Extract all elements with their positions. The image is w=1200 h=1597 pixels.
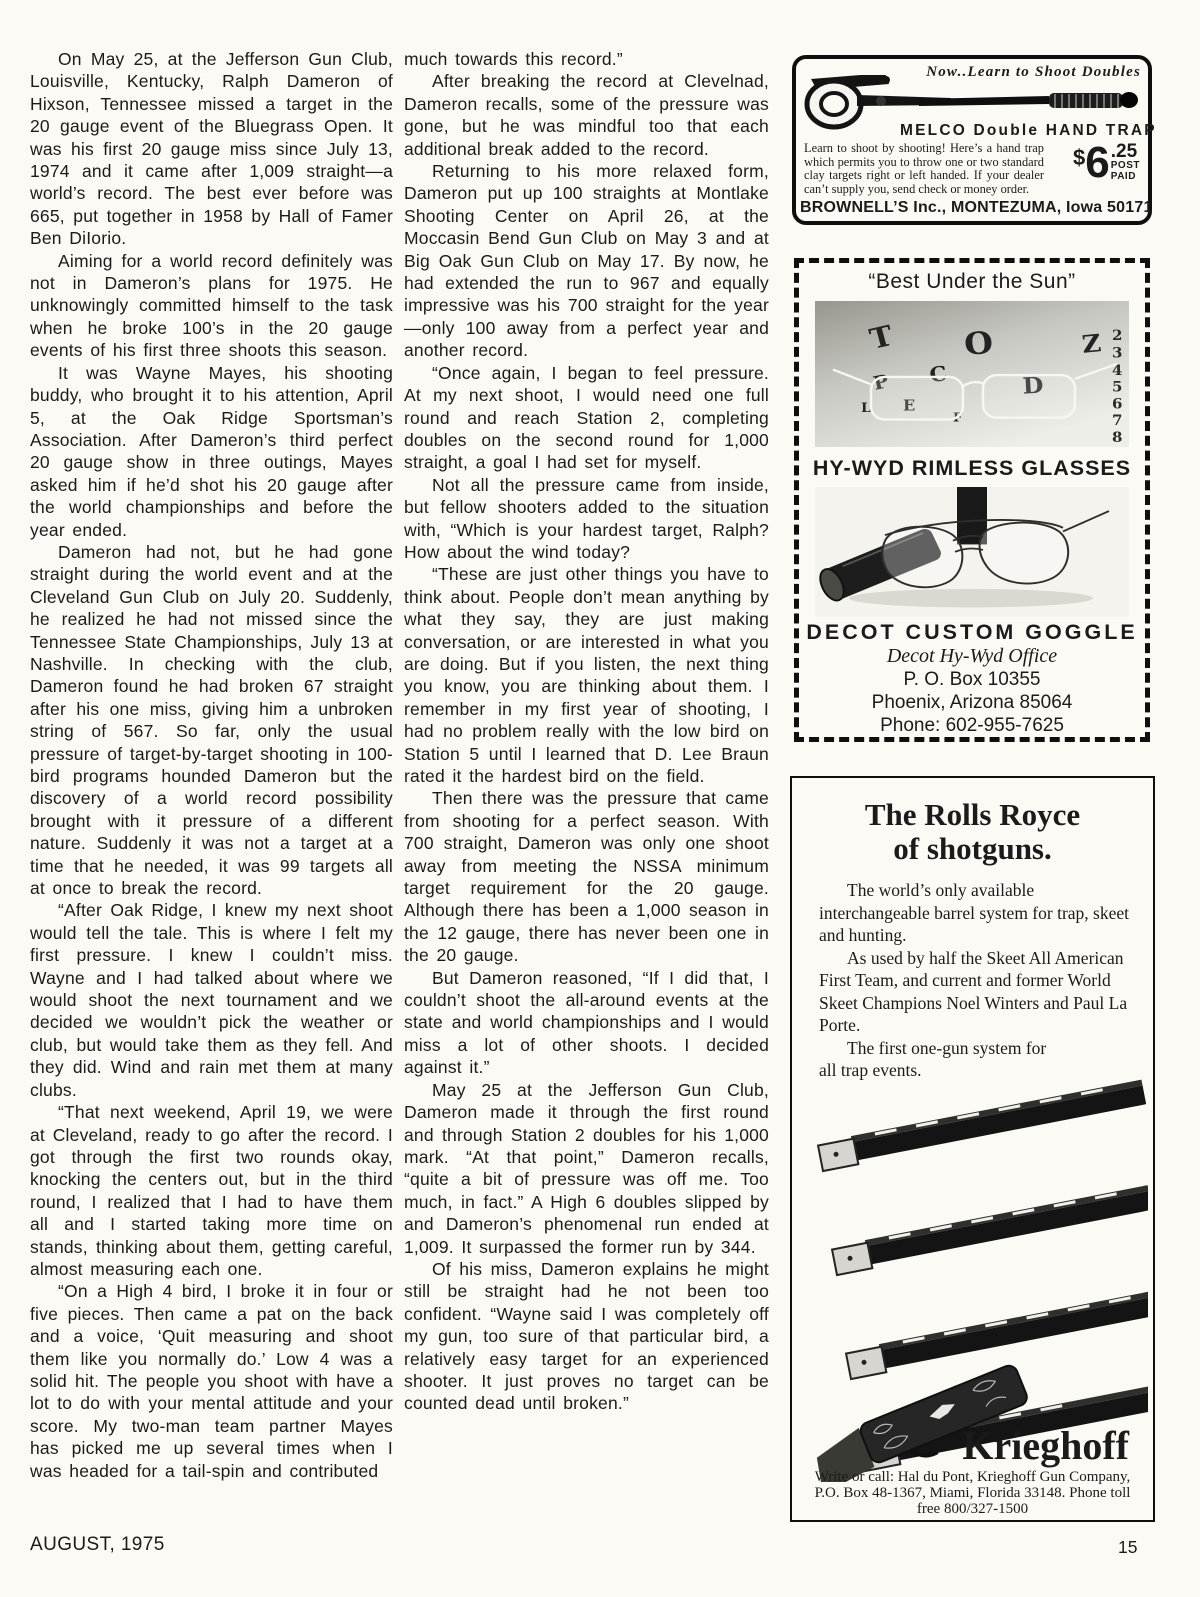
article-paragraph: “After Oak Ridge, I knew my next shoot w… [30,899,393,1101]
decot-address: Decot Hy-Wyd Office P. O. Box 10355 Phoe… [872,645,1073,737]
custom-goggle-photo [815,487,1129,617]
krieghoff-headline-line2: of shotguns. [792,832,1153,866]
krieghoff-body: The world’s only available interchangeab… [819,879,1135,1082]
decot-headline: “Best Under the Sun” [868,270,1075,294]
article-paragraph: Of his miss, Dameron explains he might s… [404,1258,769,1415]
interchangeable-barrels-photo [800,1070,1148,1482]
svg-text:2: 2 [1112,327,1122,343]
hywyd-product-name: HY-WYD RIMLESS GLASSES [813,456,1131,481]
eye-chart-photo: T O Z C P D E L F 2 3 4 5 6 7 8 [815,301,1129,447]
svg-text:5: 5 [1112,379,1122,395]
decot-hywyd-ad: “Best Under the Sun” T O Z C P D E L F [794,258,1150,742]
article-paragraph: “On a High 4 bird, I broke it in four or… [30,1280,393,1482]
svg-text:Z: Z [1080,328,1102,359]
svg-text:O: O [963,325,994,362]
article-paragraph: Returning to his more relaxed form, Dame… [404,160,769,362]
article-paragraph: much towards this record.” [404,48,769,70]
krieghoff-ad: The Rolls Royce of shotguns. The world’s… [790,776,1155,1522]
decot-pobox-line: P. O. Box 10355 [872,668,1073,691]
krieghoff-paragraph: As used by half the Skeet All American F… [819,947,1135,1037]
svg-text:3: 3 [1112,345,1122,361]
svg-text:6: 6 [1112,396,1122,412]
article-column-1: On May 25, at the Jefferson Gun Club, Lo… [30,48,393,1482]
brownells-body-copy: Learn to shoot by shooting! Here’s a han… [804,142,1044,196]
magazine-page: On May 25, at the Jefferson Gun Club, Lo… [0,0,1200,1597]
article-paragraph: But Dameron reasoned, “If I did that, I … [404,967,769,1079]
price-cents: .25 [1111,143,1140,160]
article-paragraph: Not all the pressure came from inside, b… [404,474,769,564]
article-column-2: much towards this record.”After breaking… [404,48,769,1415]
article-paragraph: It was Wayne Mayes, his shooting buddy, … [30,362,393,541]
decot-phone-line: Phone: 602-955-7625 [872,714,1073,737]
price-block: $ 6 .25 POST PAID [1073,143,1140,183]
article-paragraph: “That next weekend, April 19, we were at… [30,1101,393,1280]
article-paragraph: May 25 at the Jefferson Gun Club, Damero… [404,1079,769,1258]
article-paragraph: After breaking the record at Clevelnad, … [404,70,769,160]
svg-text:7: 7 [1112,413,1122,429]
decot-office-line: Decot Hy-Wyd Office [872,645,1073,668]
brownells-melco-ad: Now..Learn to Shoot Doubles MELCO Double… [792,55,1152,225]
krieghoff-headline: The Rolls Royce of shotguns. [792,798,1153,866]
krieghoff-headline-line1: The Rolls Royce [792,798,1153,832]
article-paragraph: On May 25, at the Jefferson Gun Club, Lo… [30,48,393,250]
price-note-post: POST [1111,160,1140,171]
article-paragraph: Aiming for a world record definitely was… [30,250,393,362]
article-paragraph: “Once again, I began to feel pressure. A… [404,362,769,474]
article-paragraph: Then there was the pressure that came fr… [404,787,769,966]
decot-city-line: Phoenix, Arizona 85064 [872,691,1073,714]
krieghoff-contact: Write or call: Hal du Pont, Krieghoff Gu… [806,1470,1139,1517]
brownells-headline: Now..Learn to Shoot Doubles [888,64,1141,81]
price-dollars: 6 [1085,143,1109,183]
krieghoff-logo: Krieghoff [962,1422,1129,1469]
decot-product-name: DECOT CUSTOM GOGGLE [806,620,1137,645]
brownells-address-line: BROWNELL’S Inc., MONTEZUMA, Iowa 50171 [800,199,1144,217]
svg-text:8: 8 [1112,429,1122,445]
price-note-paid: PAID [1111,171,1140,182]
article-paragraph: Dameron had not, but he had gone straigh… [30,541,393,900]
page-number: 15 [1118,1537,1137,1558]
article-paragraph: “These are just other things you have to… [404,563,769,787]
magazine-footer-date: AUGUST, 1975 [30,1534,165,1556]
krieghoff-paragraph: The world’s only available interchangeab… [819,879,1135,947]
price-symbol: $ [1073,147,1085,169]
